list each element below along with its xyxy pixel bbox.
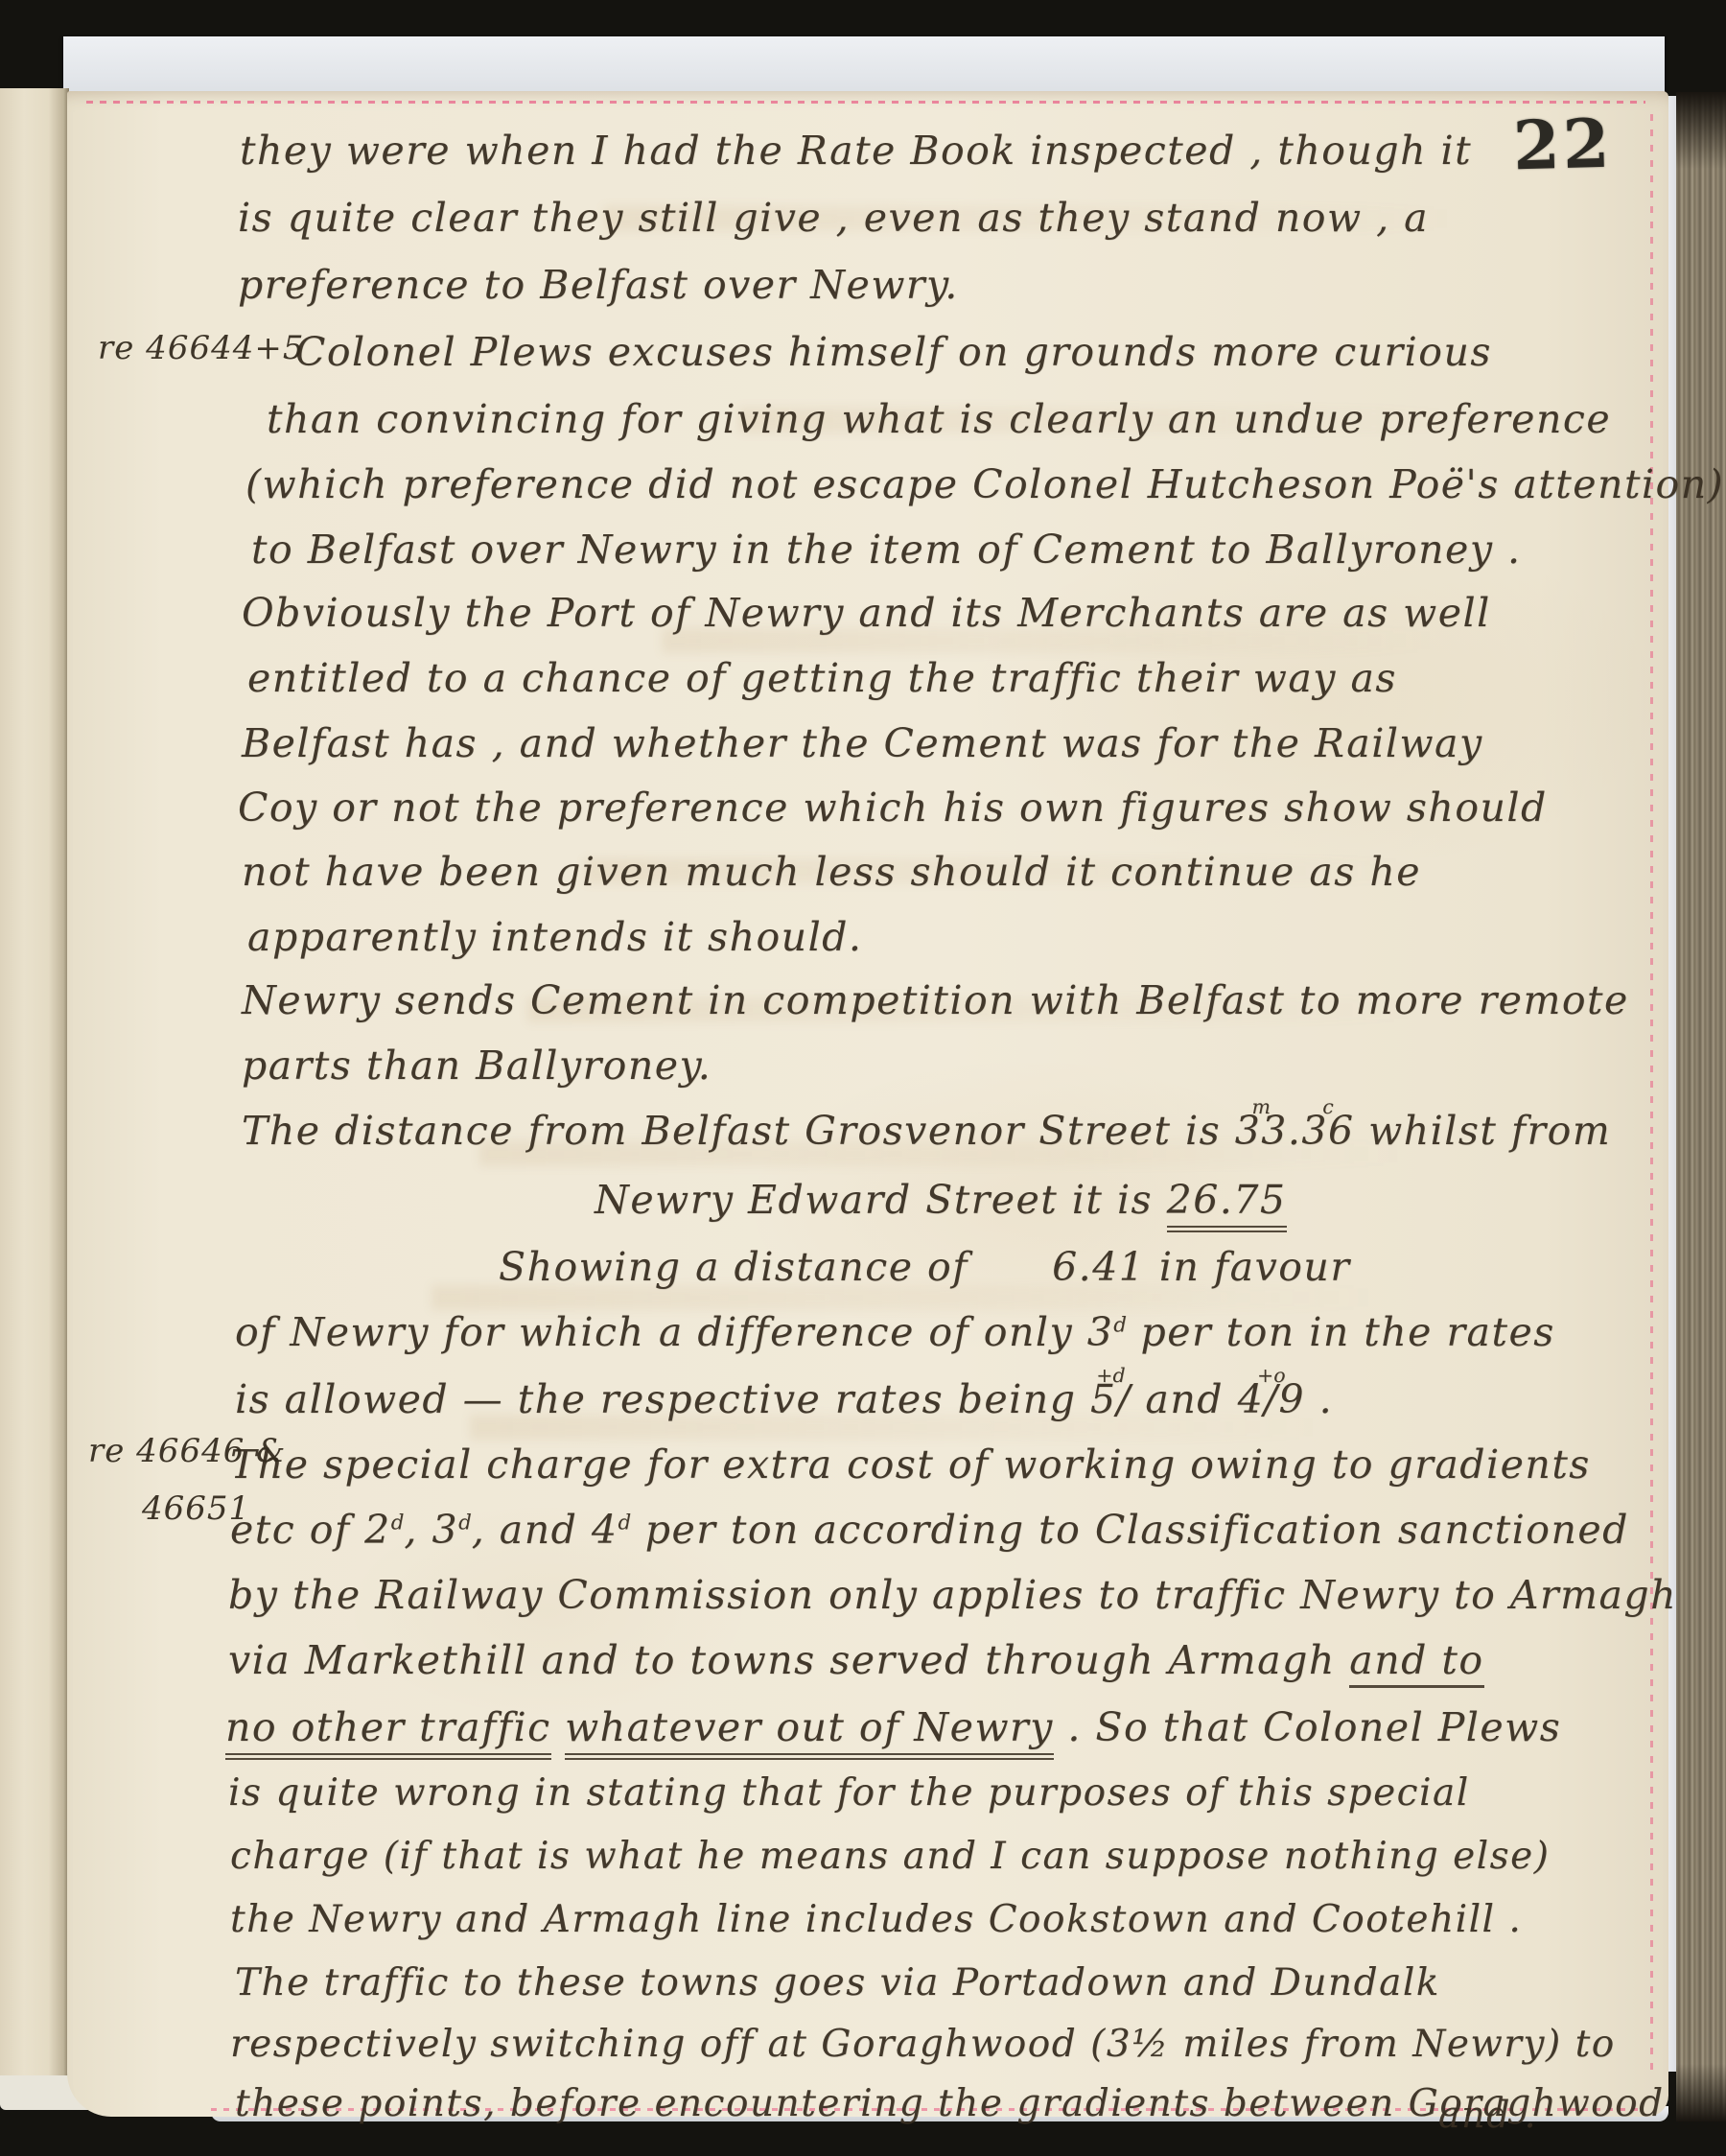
manuscript-text-segment: is quite wrong in stating that for the p… xyxy=(228,1771,1470,1815)
manuscript-text-segment: The special charge for extra cost of wor… xyxy=(230,1441,1591,1488)
manuscript-text-segment: whilst from xyxy=(1355,1108,1612,1154)
manuscript-line: The special charge for extra cost of wor… xyxy=(230,1441,1591,1488)
manuscript-line: The traffic to these towns goes via Port… xyxy=(235,1961,1440,2004)
manuscript-line: Newry sends Cement in competition with B… xyxy=(242,977,1629,1023)
previous-page-edge xyxy=(0,88,69,2087)
manuscript-text-segment: is allowed — the respective rates being xyxy=(235,1376,1090,1422)
manuscript-line: the Newry and Armagh line includes Cooks… xyxy=(230,1898,1522,1941)
manuscript-text-segment: Colonel Plews excuses himself on grounds… xyxy=(295,329,1492,375)
manuscript-text-segment: via Markethill and to towns served throu… xyxy=(228,1637,1349,1683)
margin-reference-note: re 46644+5 xyxy=(98,329,304,367)
manuscript-text-segment: entitled to a chance of getting the traf… xyxy=(247,655,1397,701)
manuscript-line: of Newry for which a difference of only … xyxy=(235,1309,1555,1355)
manuscript-text-segment: charge (if that is what he means and I c… xyxy=(230,1835,1550,1878)
manuscript-text-segment: the Newry and Armagh line includes Cooks… xyxy=(230,1898,1522,1941)
manuscript-line: and . xyxy=(1438,2094,1537,2136)
manuscript-text-segment: Obviously the Port of Newry and its Merc… xyxy=(242,590,1491,636)
manuscript-text-segment: is quite clear they still give , even as… xyxy=(238,195,1429,241)
manuscript-text-segment: 3d xyxy=(431,1507,471,1553)
manuscript-text-segment: Belfast has , and whether the Cement was… xyxy=(242,720,1483,766)
manuscript-text-segment: 33m xyxy=(1235,1108,1288,1154)
manuscript-text-segment: , and xyxy=(472,1507,592,1553)
manuscript-text-segment: . xyxy=(1305,1376,1333,1422)
manuscript-text-segment: The distance from Belfast Grosvenor Stre… xyxy=(242,1108,1235,1154)
manuscript-line: preference to Belfast over Newry. xyxy=(238,262,959,308)
manuscript-line: is quite clear they still give , even as… xyxy=(238,195,1429,241)
manuscript-text-segment: 2d xyxy=(364,1507,404,1553)
manuscript-text-segment: than convincing for giving what is clear… xyxy=(267,396,1611,442)
manuscript-line: respectively switching off at Goraghwood… xyxy=(230,2023,1616,2066)
manuscript-text-segment: Newry Edward Street it is xyxy=(595,1177,1167,1223)
manuscript-text-segment: Coy or not the preference which his own … xyxy=(238,785,1548,831)
manuscript-text-segment: by the Railway Commission only applies t… xyxy=(228,1572,1677,1618)
manuscript-line: not have been given much less should it … xyxy=(242,849,1421,895)
manuscript-text-segment: whatever out of Newry xyxy=(565,1704,1054,1760)
manuscript-line: than convincing for giving what is clear… xyxy=(267,396,1611,442)
manuscript-text-segment: per ton according to Classification sanc… xyxy=(631,1507,1629,1553)
manuscript-text-segment: not have been given much less should it … xyxy=(242,849,1421,895)
manuscript-line: to Belfast over Newry in the item of Cem… xyxy=(251,527,1522,573)
manuscript-text-segment: 5/+d xyxy=(1090,1376,1131,1422)
manuscript-line: Colonel Plews excuses himself on grounds… xyxy=(295,329,1492,375)
manuscript-text-segment: and to xyxy=(1349,1637,1483,1688)
manuscript-line: no other traffic whatever out of Newry .… xyxy=(225,1704,1561,1750)
manuscript-line: entitled to a chance of getting the traf… xyxy=(247,655,1397,701)
manuscript-text-segment: no other traffic xyxy=(225,1704,551,1760)
manuscript-text-segment: per ton in the rates xyxy=(1127,1309,1555,1355)
manuscript-text-segment: respectively switching off at Goraghwood… xyxy=(230,2023,1616,2066)
manuscript-text-segment: and . xyxy=(1438,2094,1537,2136)
manuscript-line: is allowed — the respective rates being … xyxy=(235,1376,1333,1422)
manuscript-text-segment: 4d xyxy=(592,1507,631,1553)
manuscript-text-segment: , xyxy=(404,1507,431,1553)
manuscript-line: they were when I had the Rate Book inspe… xyxy=(240,128,1472,174)
manuscript-text-segment: apparently intends it should. xyxy=(247,914,862,960)
manuscript-text-segment: (which preference did not escape Colonel… xyxy=(245,461,1724,507)
margin-reference-note: re 46646 & xyxy=(88,1432,286,1470)
manuscript-line: Obviously the Port of Newry and its Merc… xyxy=(242,590,1491,636)
manuscript-text-segment: of Newry for which a difference of only xyxy=(235,1309,1087,1355)
manuscript-text-segment: . So that Colonel Plews xyxy=(1054,1704,1562,1750)
book-scan: 22 they were when I had the Rate Book in… xyxy=(0,0,1726,2156)
pink-edge-line-top xyxy=(86,101,1645,104)
manuscript-line: Showing a distance of 6.41 in favour xyxy=(499,1244,1350,1290)
manuscript-line: The distance from Belfast Grosvenor Stre… xyxy=(242,1108,1611,1154)
manuscript-line: apparently intends it should. xyxy=(247,914,862,960)
manuscript-text-segment: 36c xyxy=(1301,1108,1354,1154)
manuscript-text-segment: and xyxy=(1131,1376,1238,1422)
page-number-stamp: 22 xyxy=(1512,104,1614,186)
margin-reference-note: 46651 xyxy=(142,1489,250,1528)
manuscript-text-segment xyxy=(551,1704,566,1750)
manuscript-line: by the Railway Commission only applies t… xyxy=(228,1572,1677,1618)
manuscript-text-segment: 3d xyxy=(1087,1309,1127,1355)
manuscript-text-segment: The traffic to these towns goes via Port… xyxy=(235,1961,1440,2004)
manuscript-text-segment: they were when I had the Rate Book inspe… xyxy=(240,128,1472,174)
book-fore-edge xyxy=(1676,92,1726,2121)
manuscript-text-segment: 26.75 xyxy=(1167,1177,1287,1232)
manuscript-line: parts than Ballyroney. xyxy=(242,1043,711,1089)
pink-edge-line-right xyxy=(1650,114,1653,2078)
manuscript-line: charge (if that is what he means and I c… xyxy=(230,1835,1550,1878)
manuscript-line: Newry Edward Street it is 26.75 xyxy=(595,1177,1287,1223)
manuscript-text-segment: preference to Belfast over Newry. xyxy=(238,262,959,308)
manuscript-line: is quite wrong in stating that for the p… xyxy=(228,1771,1470,1815)
manuscript-text-segment: parts than Ballyroney. xyxy=(242,1043,711,1089)
manuscript-text-segment: 4/9+o xyxy=(1238,1376,1305,1422)
manuscript-line: etc of 2d, 3d, and 4d per ton according … xyxy=(230,1507,1629,1553)
manuscript-text-segment: Showing a distance of 6.41 in favour xyxy=(499,1244,1350,1290)
manuscript-line: via Markethill and to towns served throu… xyxy=(228,1637,1484,1683)
manuscript-line: (which preference did not escape Colonel… xyxy=(245,461,1724,507)
manuscript-text-segment: . xyxy=(1288,1108,1302,1154)
manuscript-text-segment: Newry sends Cement in competition with B… xyxy=(242,977,1629,1023)
manuscript-line: Belfast has , and whether the Cement was… xyxy=(242,720,1483,766)
manuscript-line: Coy or not the preference which his own … xyxy=(238,785,1548,831)
manuscript-text-segment: to Belfast over Newry in the item of Cem… xyxy=(251,527,1522,573)
manuscript-page: 22 they were when I had the Rate Book in… xyxy=(67,91,1668,2117)
